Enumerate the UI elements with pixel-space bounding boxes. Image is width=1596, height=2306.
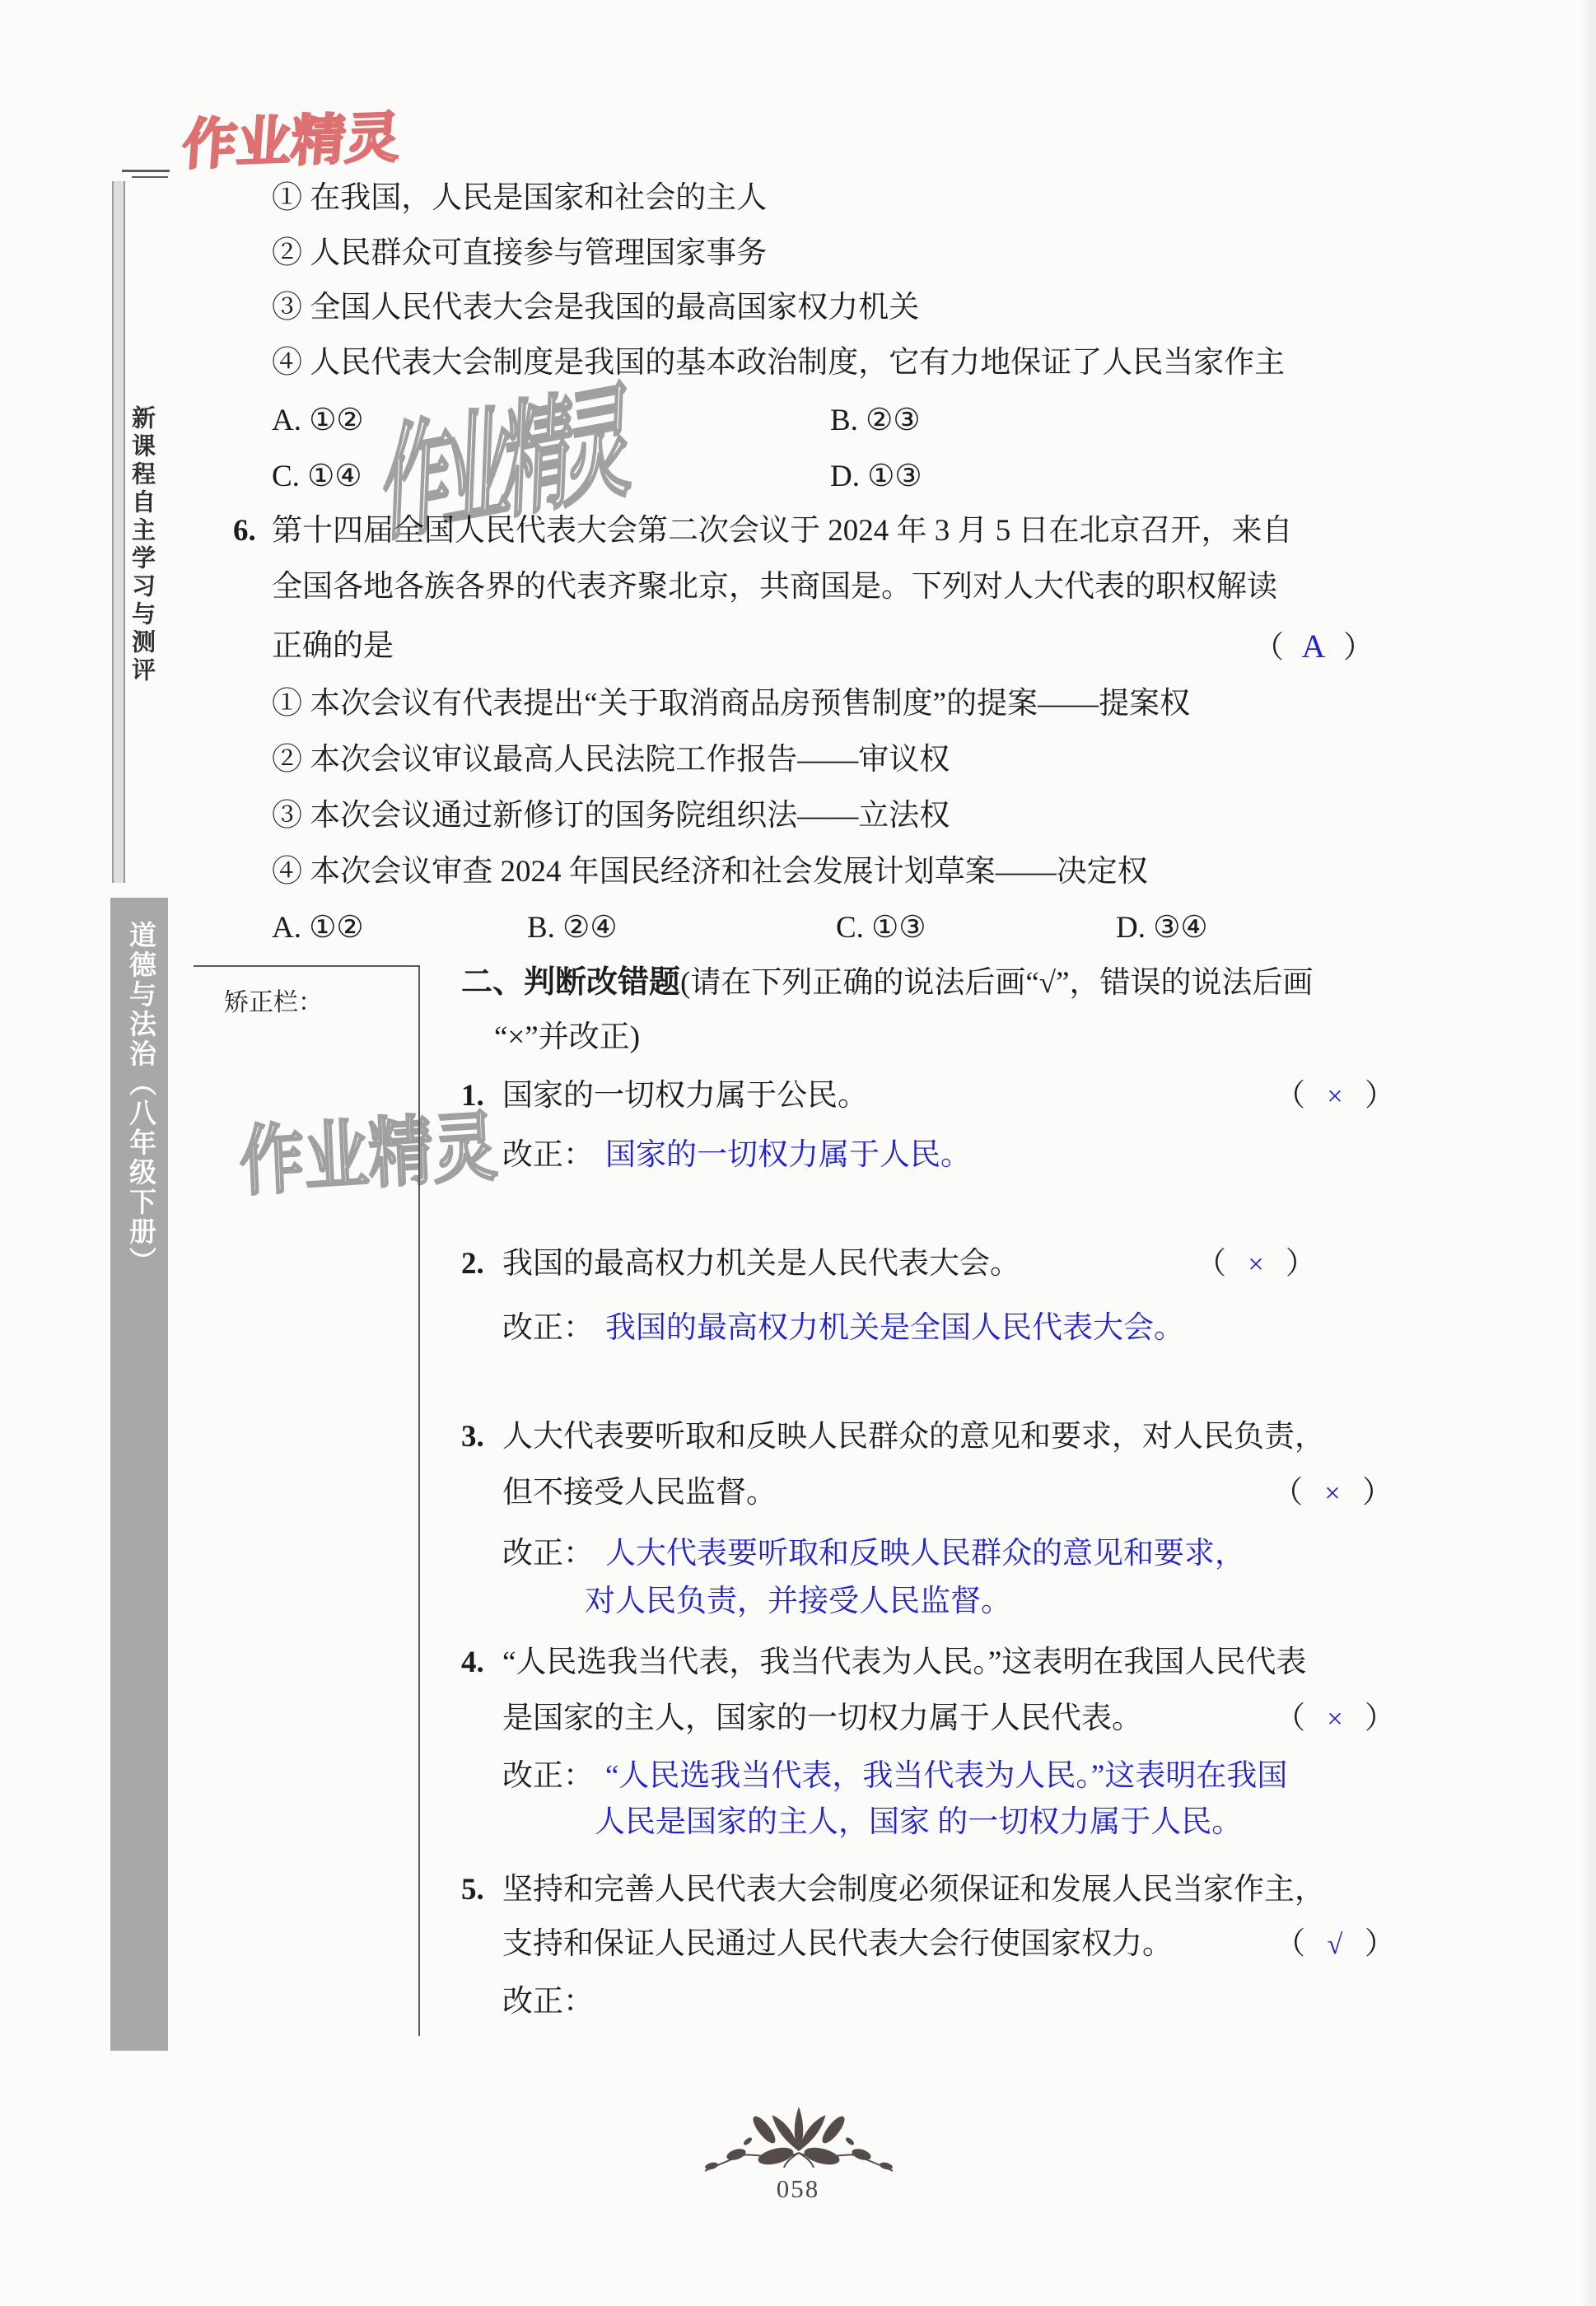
paren-close: ） (1286, 1245, 1316, 1283)
judge-3-fix-line-1: 人大代表要听取和反映人民群众的意见和要求， (605, 1537, 1245, 1571)
judge-5-number: 5. (461, 1871, 484, 1909)
paren-close: ） (1365, 1700, 1395, 1738)
judge-2-mark-bracket: （×） (1196, 1245, 1316, 1284)
judge-2-number: 2. (461, 1245, 484, 1283)
section-2-heading-line-2: “×”并改正) (494, 1019, 640, 1057)
margin-strip (112, 181, 125, 883)
judge-5-mark: √ (1305, 1926, 1365, 1964)
footer-ornament (700, 2105, 898, 2185)
paren-close: ） (1343, 629, 1374, 667)
mcq-prev-option-c: C. ①④ (272, 458, 362, 496)
mcq-prev-option-a: A. ①② (272, 402, 364, 440)
judge-3-mark-bracket: （×） (1272, 1474, 1393, 1513)
question-6-item-2: ② 本次会议审议最高人民法院工作报告——审议权 (272, 741, 950, 779)
mcq-prev-item-1: ① 在我国，人民是国家和社会的主人 (272, 180, 767, 217)
question-6-item-1: ① 本次会议有代表提出“关于取消商品房预售制度”的提案——提案权 (272, 685, 1190, 723)
judge-4-mark: × (1305, 1701, 1365, 1739)
correction-box-right-border (418, 965, 420, 2036)
leaf-ornament-icon (700, 2105, 898, 2181)
paren-close: ） (1362, 1474, 1393, 1512)
question-6-item-4: ④ 本次会议审查 2024 年国民经济和社会发展计划草案——决定权 (272, 853, 1148, 891)
judge-4-mark-bracket: （×） (1275, 1700, 1395, 1739)
judge-1-text: 国家的一切权力属于公民。 (502, 1077, 868, 1115)
judge-4-line-1: “人民选我当代表，我当代表为人民。”这表明在我国人民代表 (502, 1644, 1306, 1682)
paren-open: （ (1272, 1474, 1303, 1512)
mcq-prev-item-2: ② 人民群众可直接参与管理国家事务 (272, 235, 767, 273)
page-edge-shadow (1580, 0, 1596, 2306)
paren-open: （ (1275, 1077, 1305, 1115)
judge-3-line-1: 人大代表要听取和反映人民群众的意见和要求，对人民负责， (502, 1418, 1325, 1456)
judge-2-mark: × (1226, 1246, 1286, 1284)
judge-4-fix-line-2: 人民是国家的主人，国家 的一切权力属于人民。 (595, 1804, 1242, 1842)
sidebar-book-title: 道德与法治（八年级下册） (122, 921, 161, 1333)
question-6-line-1: 第十四届全国人民代表大会第二次会议于 2024 年 3 月 5 日在北京召开，来… (272, 512, 1293, 550)
judge-3-number: 3. (461, 1418, 484, 1456)
judge-4-number: 4. (461, 1644, 484, 1682)
judge-4-line-2: 是国家的主人，国家的一切权力属于人民代表。 (502, 1700, 1142, 1738)
mcq-prev-option-b: B. ②③ (830, 402, 921, 440)
correction-column-label: 矫正栏： (224, 982, 323, 1018)
paren-close: ） (1365, 1926, 1395, 1963)
judge-2-fix-row: 改正：我国的最高权力机关是全国人民代表大会。 (502, 1309, 1184, 1347)
mcq-prev-item-4: ④ 人民代表大会制度是我国的基本政治制度，它有力地保证了人民当家作主 (272, 344, 1285, 382)
judge-1-fix-row: 改正：国家的一切权力属于人民。 (502, 1137, 971, 1174)
mcq-prev-option-d: D. ①③ (830, 458, 922, 496)
fix-label: 改正： (502, 1759, 594, 1793)
judge-1-fix-text: 国家的一切权力属于人民。 (605, 1138, 971, 1172)
question-6-option-a: A. ①② (272, 909, 364, 947)
correction-box-top-border (194, 965, 420, 967)
question-6-number: 6. (233, 512, 256, 550)
margin-dash (122, 170, 170, 172)
question-6-answer-bracket: （A） (1253, 628, 1374, 667)
question-6-option-b: B. ②④ (527, 909, 618, 947)
judge-5-line-2: 支持和保证人民通过人民代表大会行使国家权力。 (502, 1926, 1173, 1963)
margin-dash (132, 176, 168, 178)
judge-5-mark-bracket: （√） (1275, 1926, 1395, 1964)
question-6-option-d: D. ③④ (1116, 909, 1208, 947)
paren-open: （ (1196, 1245, 1226, 1283)
judge-3-fix-line-2: 对人民负责，并接受人民监督。 (585, 1583, 1011, 1621)
section-2-note: (请在下列正确的说法后画“√”，错误的说法后画 (680, 966, 1313, 1000)
judge-1-mark-bracket: （×） (1275, 1077, 1395, 1116)
question-6-item-3: ③ 本次会议通过新修订的国务院组织法——立法权 (272, 797, 950, 835)
paren-open: （ (1275, 1700, 1305, 1738)
question-6-line-2: 全国各地各族各界的代表齐聚北京，共商国是。下列对人大代表的职权解读 (272, 568, 1277, 606)
judge-4-fix-row: 改正：“人民选我当代表，我当代表为人民。”这表明在我国 (502, 1758, 1287, 1795)
fix-label: 改正： (502, 1138, 594, 1172)
judge-3-line-2: 但不接受人民监督。 (502, 1474, 777, 1512)
paren-close: ） (1365, 1077, 1395, 1115)
workbook-page: 作业精灵 作业精灵 作业精灵 新课程自主学习与测评 道德与法治（八年级下册） 矫… (0, 0, 1596, 2306)
paren-open: （ (1253, 629, 1284, 667)
watermark-top-red: 作业精灵 (180, 93, 404, 180)
judge-2-fix-text: 我国的最高权力机关是全国人民代表大会。 (605, 1311, 1184, 1345)
judge-3-mark: × (1303, 1475, 1362, 1513)
judge-4-fix-line-1: “人民选我当代表，我当代表为人民。”这表明在我国 (605, 1759, 1287, 1793)
question-6-line-3: 正确的是 (272, 628, 394, 665)
sidebar-series-title: 新课程自主学习与测评 (125, 405, 159, 702)
paren-open: （ (1275, 1926, 1305, 1963)
question-6-option-c: C. ①③ (836, 909, 926, 947)
judge-3-fix-row: 改正：人大代表要听取和反映人民群众的意见和要求， (502, 1535, 1245, 1573)
section-2-heading: 二、判断改错题(请在下列正确的说法后画“√”，错误的说法后画 (461, 964, 1314, 1002)
judge-5-fix-label: 改正： (502, 1983, 594, 2021)
watermark-lower-gray: 作业精灵 (237, 1086, 499, 1211)
judge-1-mark: × (1305, 1078, 1365, 1116)
judge-5-line-1: 坚持和完善人民代表大会制度必须保证和发展人民当家作主， (502, 1871, 1325, 1909)
judge-2-text: 我国的最高权力机关是人民代表大会。 (502, 1245, 1020, 1283)
judge-1-number: 1. (461, 1077, 484, 1115)
mcq-prev-item-3: ③ 全国人民代表大会是我国的最高国家权力机关 (272, 289, 919, 327)
section-2-title: 二、判断改错题 (461, 965, 680, 1000)
fix-label: 改正： (502, 1311, 594, 1345)
page-number: 058 (0, 2174, 1596, 2204)
fix-label: 改正： (502, 1537, 594, 1571)
question-6-answer: A (1284, 628, 1343, 665)
